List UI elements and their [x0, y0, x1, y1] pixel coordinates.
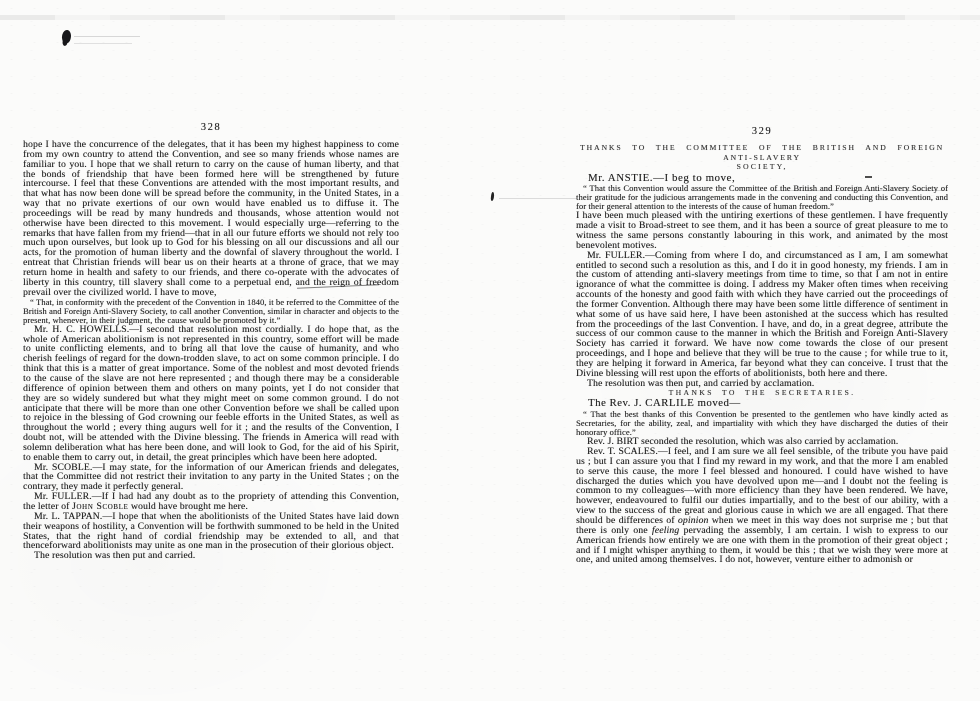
text-segment: hope I have the concurrence of the deleg… — [23, 139, 399, 298]
section-heading-line2: SOCIETY, — [576, 162, 948, 172]
scales-speech: Rev. T. SCALES.—I feel, and I am sure we… — [576, 447, 948, 565]
howells-speech: Mr. H. C. HOWELLS.—I second that resolut… — [23, 325, 399, 463]
text-segment: The resolution was then put and carried. — [34, 550, 195, 561]
scan-line-artifact — [74, 43, 132, 44]
gutter-ink-mark-artifact — [490, 192, 494, 201]
acclamation-line: The resolution was then put, and carried… — [576, 379, 948, 389]
resolution-quote: “ That, in conformity with the precedent… — [23, 298, 399, 325]
scoble-remark: Mr. SCOBLE.—I may state, for the informa… — [23, 463, 399, 493]
text-segment: I have been much pleased with the untiri… — [576, 210, 948, 251]
page-number: 329 — [576, 126, 948, 137]
tappan-remark: Mr. L. TAPPAN.—I hope that when the abol… — [23, 512, 399, 551]
ink-blot-artifact — [61, 29, 73, 44]
resolution-carried-line: The resolution was then put and carried. — [23, 551, 399, 561]
fuller-remark: Mr. FULLER.—If I had had any doubt as to… — [23, 492, 399, 512]
secretaries-thanks-quote: “ That the best thanks of this Conventio… — [576, 410, 948, 437]
page-body: THANKS TO THE COMMITTEE OF THE BRITISH A… — [576, 143, 948, 565]
text-segment: Rev. T. SCALES.—I feel, and I am sure we… — [576, 446, 948, 526]
page-number: 328 — [23, 122, 399, 133]
text-segment: Mr. H. C. HOWELLS.—I second that resolut… — [23, 324, 399, 463]
scan-line-artifact — [74, 36, 140, 37]
anstie-continuation-paragraph: I have been much pleased with the untiri… — [576, 211, 948, 250]
scan-line-artifact — [499, 198, 577, 199]
text-segment: “ That, in conformity with the precedent… — [23, 297, 399, 325]
text-segment: Mr. SCOBLE.—I may state, for the informa… — [23, 462, 399, 493]
scanner-edge-band-artifact — [0, 15, 980, 20]
page-body: hope I have the concurrence of the deleg… — [23, 140, 399, 561]
secretaries-subheading: THANKS TO THE SECRETARIES. — [576, 388, 948, 397]
text-segment: “ That this Convention would assure the … — [576, 183, 948, 211]
text-segment: SOCIETY, — [737, 162, 788, 171]
text-segment: The resolution was then put, and carried… — [587, 378, 814, 389]
opening-continuation-paragraph: hope I have the concurrence of the deleg… — [23, 140, 399, 298]
text-segment: The Rev. J. CARLILE moved— — [588, 397, 741, 409]
section-heading-line1: THANKS TO THE COMMITTEE OF THE BRITISH A… — [576, 143, 948, 162]
fuller-second-speech: Mr. FULLER.—Coming from where I do, and … — [576, 251, 948, 379]
right-page: 329 THANKS TO THE COMMITTEE OF THE BRITI… — [576, 126, 948, 698]
text-segment: THANKS TO THE SECRETARIES. — [669, 388, 856, 397]
left-page: 328 hope I have the concurrence of the d… — [23, 122, 399, 697]
scanned-book-spread: { "colors": { "paper": "#fbfbfa", "ink":… — [0, 0, 980, 701]
gratitude-resolution-quote: “ That this Convention would assure the … — [576, 184, 948, 211]
text-segment: Mr. ANSTIE.—I beg to move, — [588, 172, 735, 184]
text-segment: Mr. L. TAPPAN.—I hope that when the abol… — [23, 511, 399, 552]
text-segment: “ That the best thanks of this Conventio… — [576, 409, 948, 437]
text-segment: THANKS TO THE COMMITTEE OF THE BRITISH A… — [580, 143, 944, 162]
text-segment: Mr. FULLER.—Coming from where I do, and … — [576, 250, 948, 379]
